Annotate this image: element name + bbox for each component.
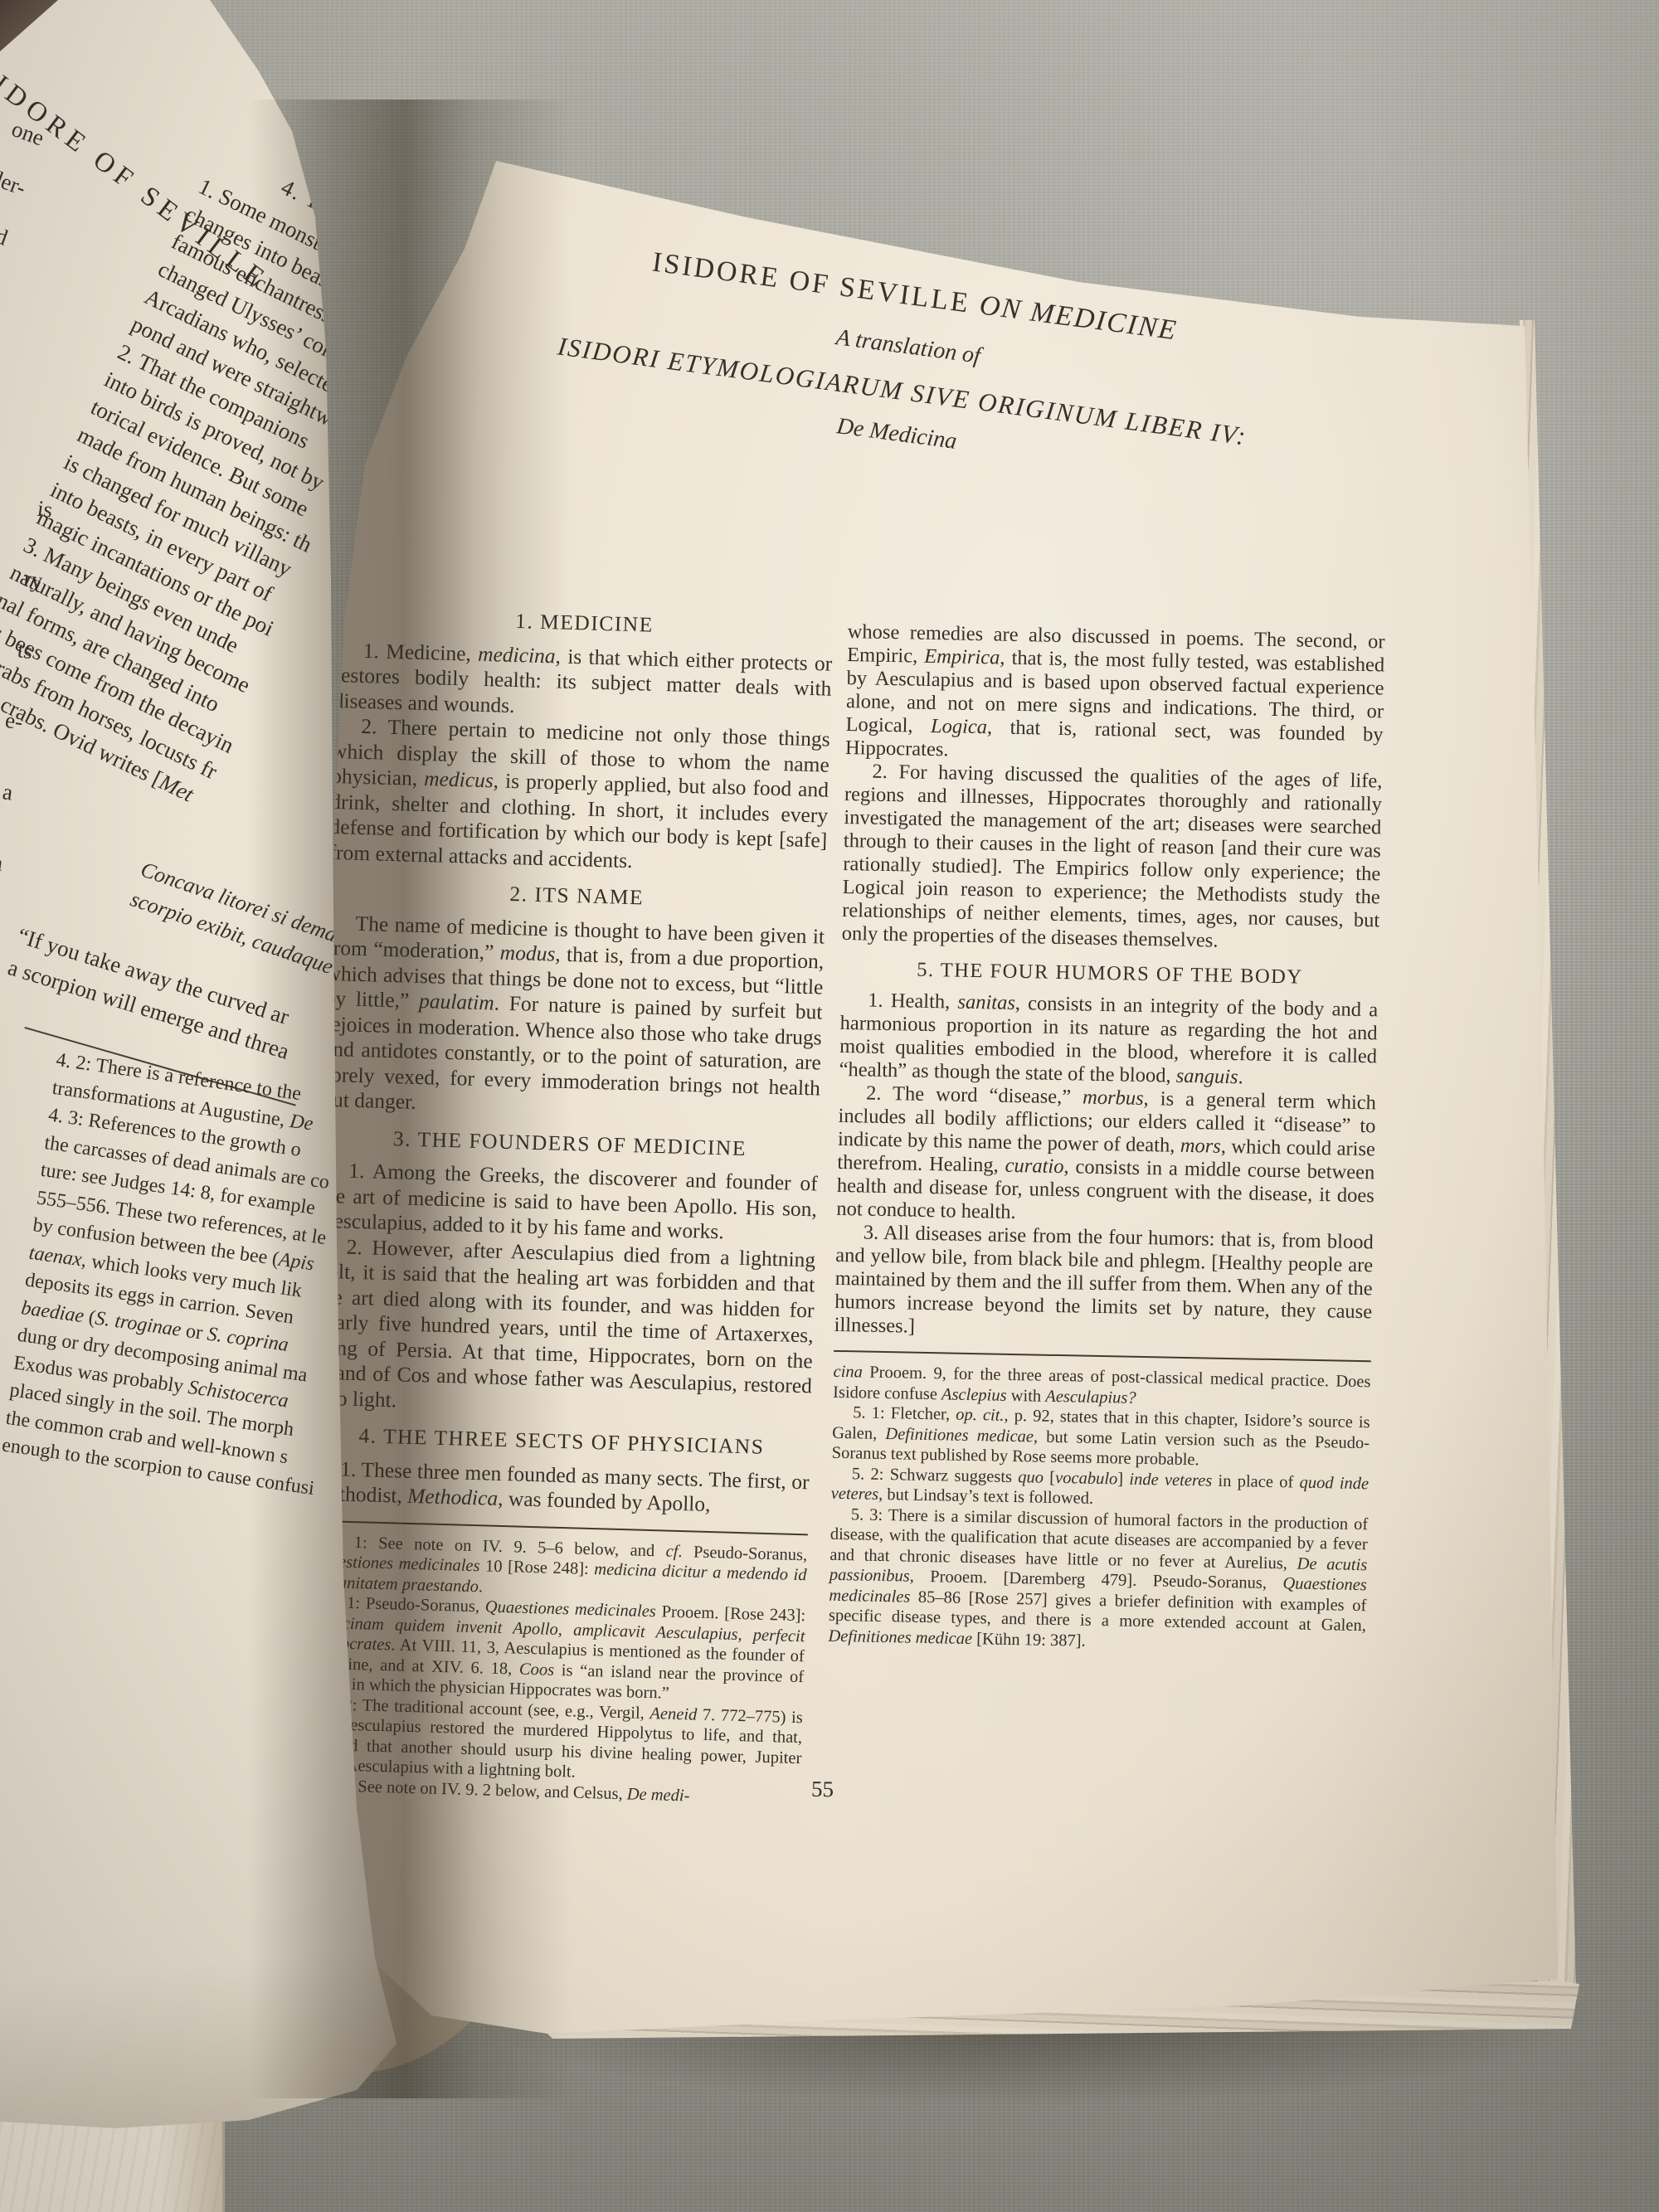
chapter-title-block: ISIDORE OF SEVILLE ON MEDICINE A transla… <box>447 222 1365 507</box>
left-text-column: 1. MEDICINE 1. Medicine, medicina, is th… <box>303 604 834 1809</box>
left-column-line-endings-top: one der- sed ose De ou- ur, <box>0 71 52 463</box>
paragraph: 1. These three men founded as many sects… <box>311 1456 810 1520</box>
section-heading-founders: 3. THE FOUNDERS OF MEDICINE <box>321 1124 820 1163</box>
paragraph: The name of medicine is thought to have … <box>322 910 825 1126</box>
section-heading-medicine: 1. MEDICINE <box>335 604 834 643</box>
book-photograph: ISIDORE OF SEVILLE ON MEDICINE A transla… <box>0 0 1659 2212</box>
paragraph: 2. The word “disease,” morbus, is a gene… <box>836 1082 1376 1231</box>
footnote: 5. 3: There is a similar discussion of h… <box>828 1504 1368 1656</box>
paragraph: 2. There pertain to medicine not only th… <box>328 713 830 879</box>
section-heading-four-humors: 5. THE FOUR HUMORS OF THE BODY <box>841 957 1379 990</box>
paragraph: 1. Health, sanitas, consists in an integ… <box>839 989 1378 1091</box>
paragraph: 2. For having discussed the qualities of… <box>841 760 1382 955</box>
page-number: 55 <box>811 1777 834 1802</box>
section-heading-three-sects: 4. THE THREE SECTS OF PHYSICIANS <box>313 1422 811 1461</box>
paragraph: 1. Among the Greeks, the discoverer and … <box>319 1158 818 1247</box>
footnotes-left: 1. 1: See note on IV. 9. 5–6 below, and … <box>303 1531 808 1809</box>
section-heading-its-name: 2. ITS NAME <box>328 877 826 916</box>
right-text-column: whose remedies are also discussed in poe… <box>828 620 1385 1656</box>
footnote: 3. 2: The traditional account (see, e.g.… <box>304 1694 804 1789</box>
paragraph: 2. However, after Aesculapius died from … <box>314 1233 816 1424</box>
footnote: 5. 1: Fletcher, op. cit., p. 92, states … <box>831 1403 1370 1474</box>
paragraph: 1. Medicine, medicina, is that which eit… <box>333 637 832 727</box>
footnotes-right: cina Prooem. 9, for the three areas of p… <box>828 1362 1370 1656</box>
footnote: 3. 1: Pseudo-Soranus, Quaestiones medici… <box>305 1592 805 1708</box>
footnote-rule <box>834 1350 1371 1362</box>
paragraph: 3. All diseases arise from the four humo… <box>834 1221 1374 1347</box>
paragraph-continuation: whose remedies are also discussed in poe… <box>845 620 1385 770</box>
